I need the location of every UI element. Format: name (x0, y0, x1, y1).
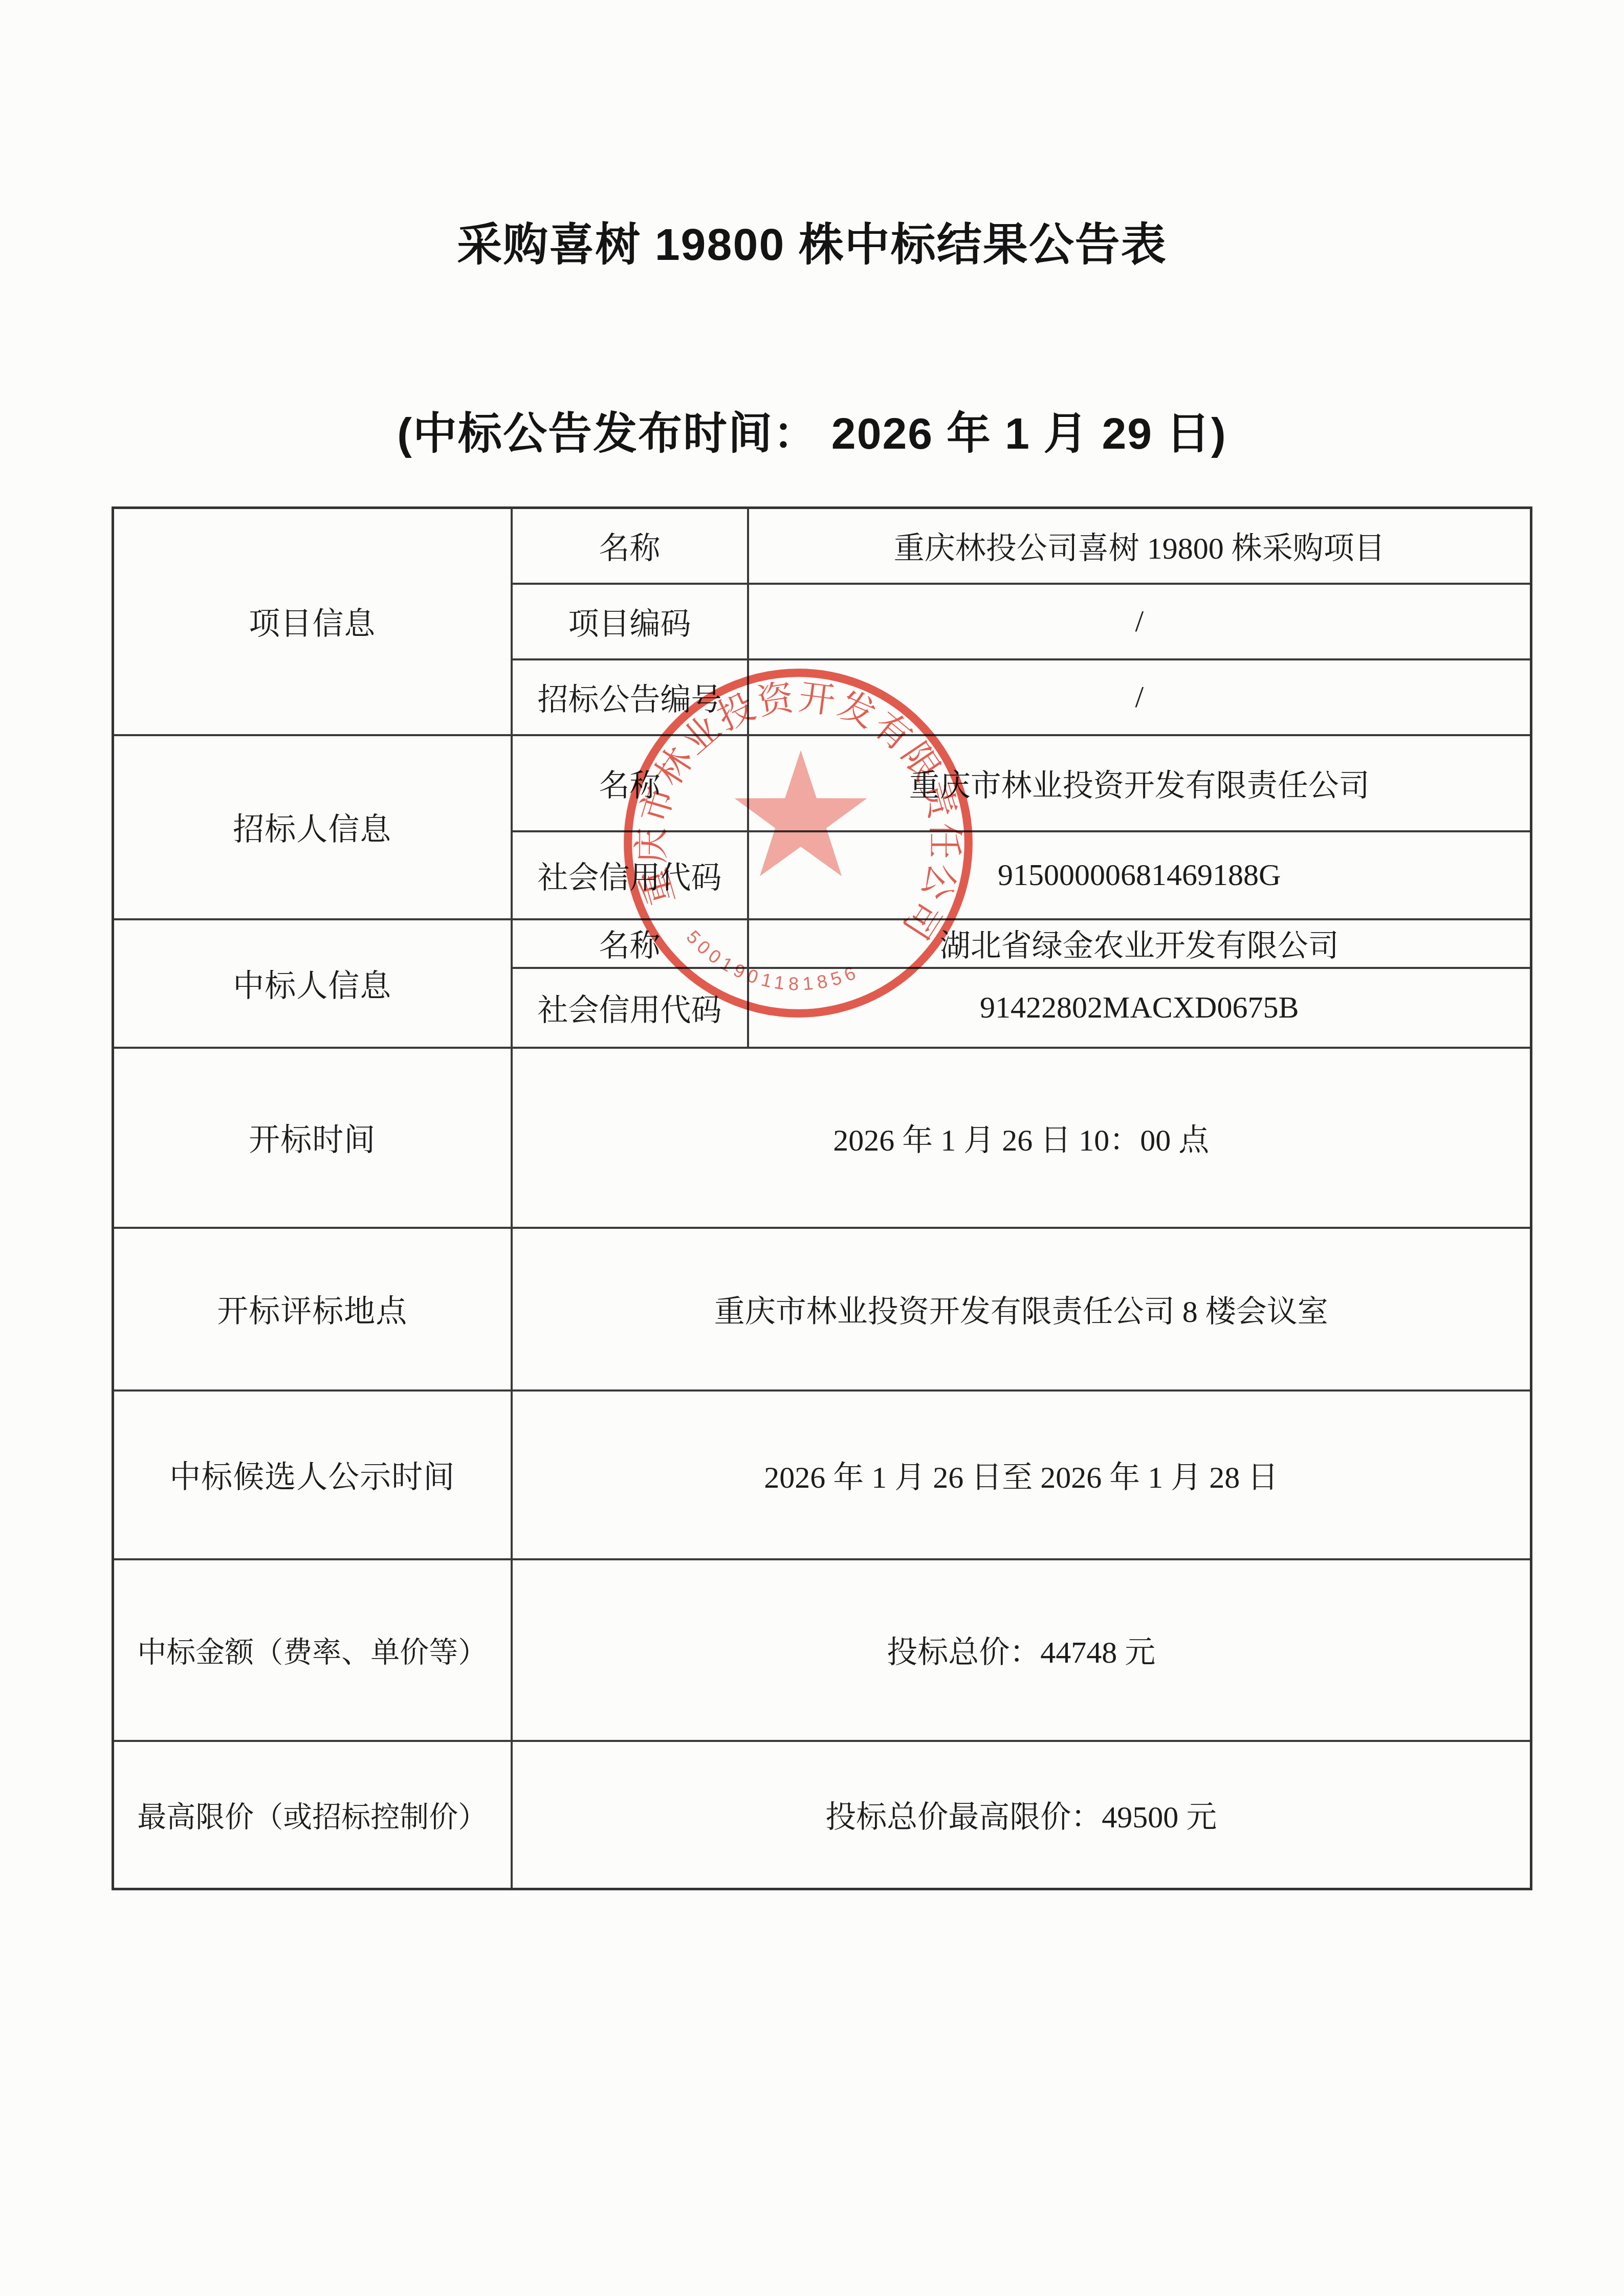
announcement-table: 项目信息 名称 重庆林投公司喜树 19800 株采购项目 项目编码 / 招标公告… (112, 506, 1532, 1890)
bid-open-place-label: 开标评标地点 (113, 1228, 512, 1390)
table-row: 最高限价（或招标控制价） 投标总价最高限价：49500 元 (113, 1741, 1531, 1889)
tenderer-credit-value: 91500000681469188G (748, 831, 1531, 919)
candidate-publicity-label: 中标候选人公示时间 (113, 1390, 512, 1559)
tenderer-credit-label: 社会信用代码 (512, 831, 748, 919)
winner-name-label: 名称 (512, 919, 748, 968)
table-row: 中标候选人公示时间 2026 年 1 月 26 日至 2026 年 1 月 28… (113, 1390, 1531, 1559)
page-subtitle: (中标公告发布时间： 2026 年 1 月 29 日) (0, 398, 1624, 461)
project-name-value: 重庆林投公司喜树 19800 株采购项目 (748, 508, 1531, 584)
project-name-label: 名称 (512, 508, 748, 584)
candidate-publicity-value: 2026 年 1 月 26 日至 2026 年 1 月 28 日 (512, 1390, 1531, 1559)
project-info-group-label: 项目信息 (113, 508, 512, 735)
max-price-value: 投标总价最高限价：49500 元 (512, 1741, 1531, 1889)
scanned-document-page: 采购喜树 19800 株中标结果公告表 (中标公告发布时间： 2026 年 1 … (0, 0, 1624, 2296)
project-code-value: / (748, 584, 1531, 659)
winner-credit-label: 社会信用代码 (512, 968, 748, 1048)
tender-notice-no-value: / (748, 659, 1531, 735)
bid-open-time-label: 开标时间 (113, 1048, 512, 1228)
award-amount-label: 中标金额（费率、单价等） (113, 1559, 512, 1741)
table-row: 项目信息 名称 重庆林投公司喜树 19800 株采购项目 (113, 508, 1531, 584)
winner-name-value: 湖北省绿金农业开发有限公司 (748, 919, 1531, 968)
winner-credit-value: 91422802MACXD0675B (748, 968, 1531, 1048)
bid-open-place-value: 重庆市林业投资开发有限责任公司 8 楼会议室 (512, 1228, 1531, 1390)
tender-notice-no-label: 招标公告编号 (512, 659, 748, 735)
tenderer-name-value: 重庆市林业投资开发有限责任公司 (748, 735, 1531, 831)
tenderer-info-group-label: 招标人信息 (113, 735, 512, 919)
project-code-label: 项目编码 (512, 584, 748, 659)
table-row: 开标评标地点 重庆市林业投资开发有限责任公司 8 楼会议室 (113, 1228, 1531, 1390)
table-row: 开标时间 2026 年 1 月 26 日 10：00 点 (113, 1048, 1531, 1228)
table-row: 招标人信息 名称 重庆市林业投资开发有限责任公司 (113, 735, 1531, 831)
winner-info-group-label: 中标人信息 (113, 919, 512, 1048)
bid-open-time-value: 2026 年 1 月 26 日 10：00 点 (512, 1048, 1531, 1228)
award-amount-value: 投标总价：44748 元 (512, 1559, 1531, 1741)
table-row: 中标人信息 名称 湖北省绿金农业开发有限公司 (113, 919, 1531, 968)
table-row: 中标金额（费率、单价等） 投标总价：44748 元 (113, 1559, 1531, 1741)
page-title: 采购喜树 19800 株中标结果公告表 (0, 209, 1624, 273)
tenderer-name-label: 名称 (512, 735, 748, 831)
max-price-label: 最高限价（或招标控制价） (113, 1741, 512, 1889)
